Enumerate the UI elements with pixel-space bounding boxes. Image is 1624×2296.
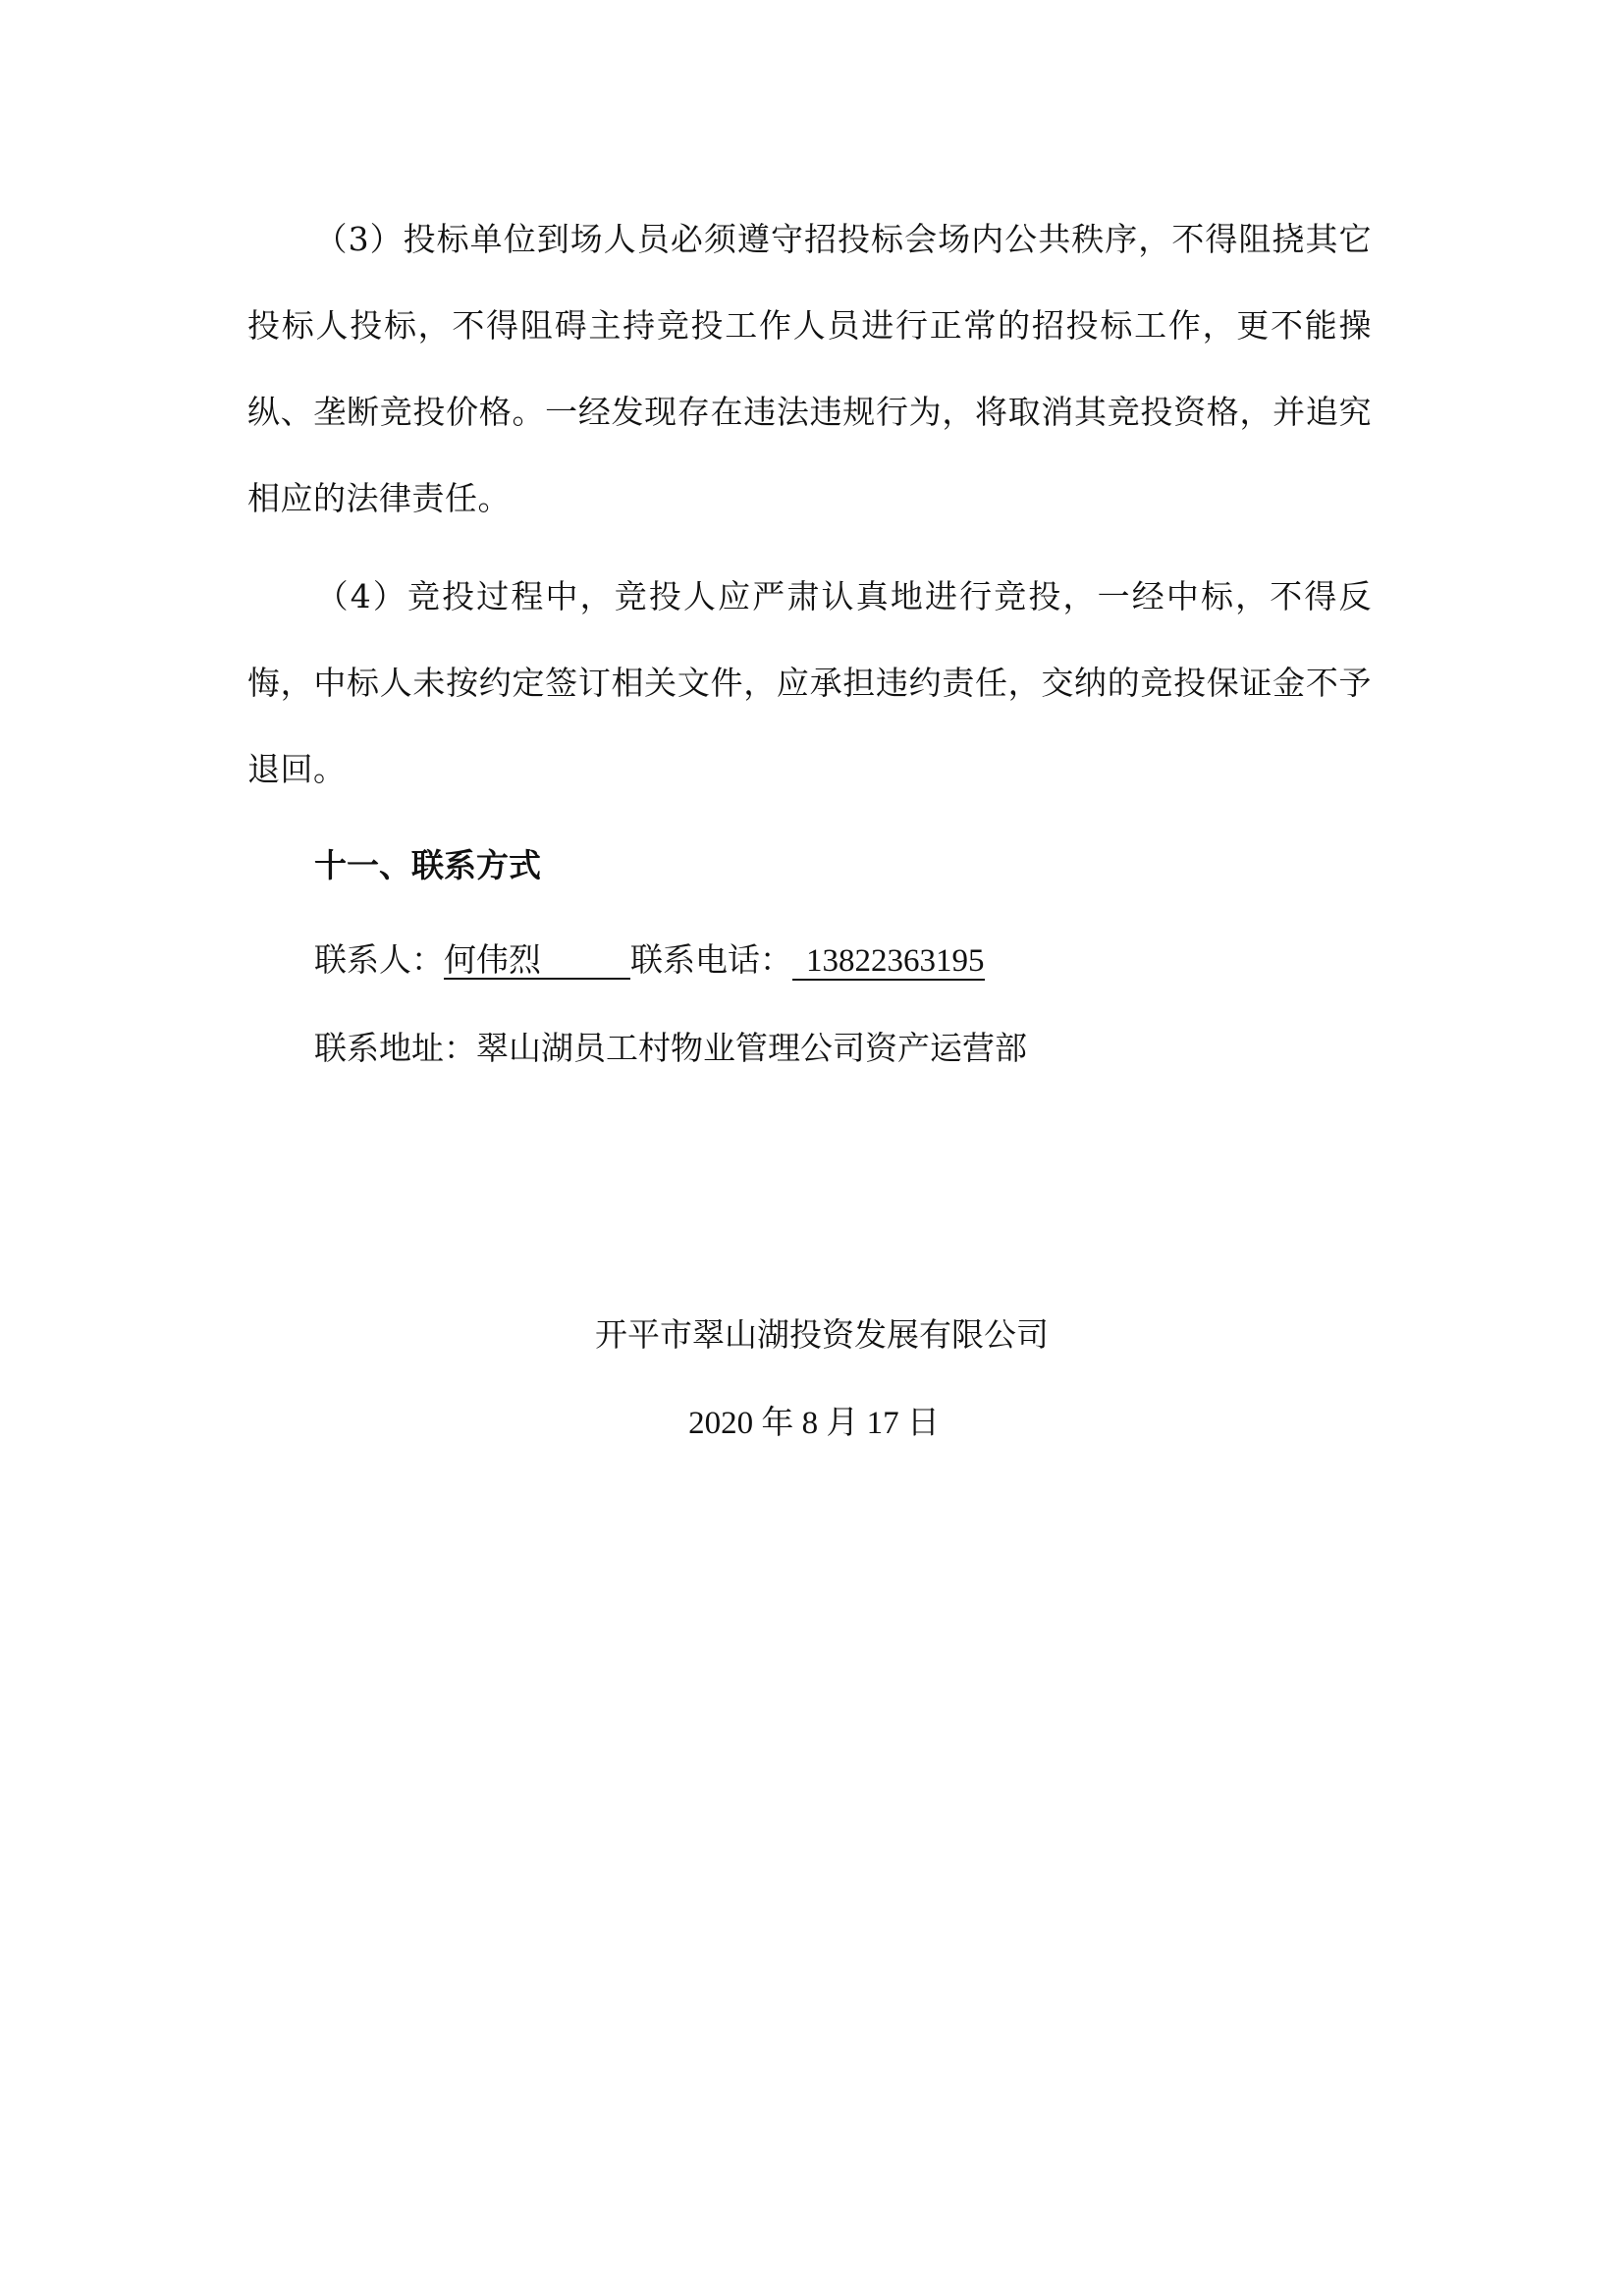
contact-phone-value: 13822363195: [792, 943, 985, 981]
paragraph-item-3: （3）投标单位到场人员必须遵守招投标会场内公共秩序，不得阻挠其它投标人投标，不得…: [247, 196, 1372, 542]
contact-address-label: 联系地址：: [314, 1029, 476, 1067]
paragraph-text: （4）竞投过程中，竞投人应严肃认真地进行竞投，一经中标，不得反悔，中标人未按约定…: [247, 577, 1372, 788]
contact-person-label: 联系人：: [314, 940, 444, 979]
signature-organization: 开平市翠山湖投资发展有限公司: [10, 1313, 1624, 1357]
contact-person-value: 何伟烈: [444, 942, 630, 980]
contact-person-line: 联系人：何伟烈联系电话：13822363195: [314, 938, 985, 982]
contact-phone-label: 联系电话：: [630, 940, 792, 979]
paragraph-item-4: （4）竞投过程中，竞投人应严肃认真地进行竞投，一经中标，不得反悔，中标人未按约定…: [247, 554, 1372, 813]
signature-date: 2020 年 8 月 17 日: [2, 1402, 1624, 1445]
document-page: （3）投标单位到场人员必须遵守招投标会场内公共秩序，不得阻挠其它投标人投标，不得…: [0, 0, 1624, 2296]
contact-address-line: 联系地址：翠山湖员工村物业管理公司资产运营部: [314, 1027, 1027, 1070]
section-heading: 十一、联系方式: [314, 844, 541, 887]
contact-address-value: 翠山湖员工村物业管理公司资产运营部: [476, 1029, 1027, 1067]
paragraph-text: （3）投标单位到场人员必须遵守招投标会场内公共秩序，不得阻挠其它投标人投标，不得…: [247, 220, 1372, 517]
